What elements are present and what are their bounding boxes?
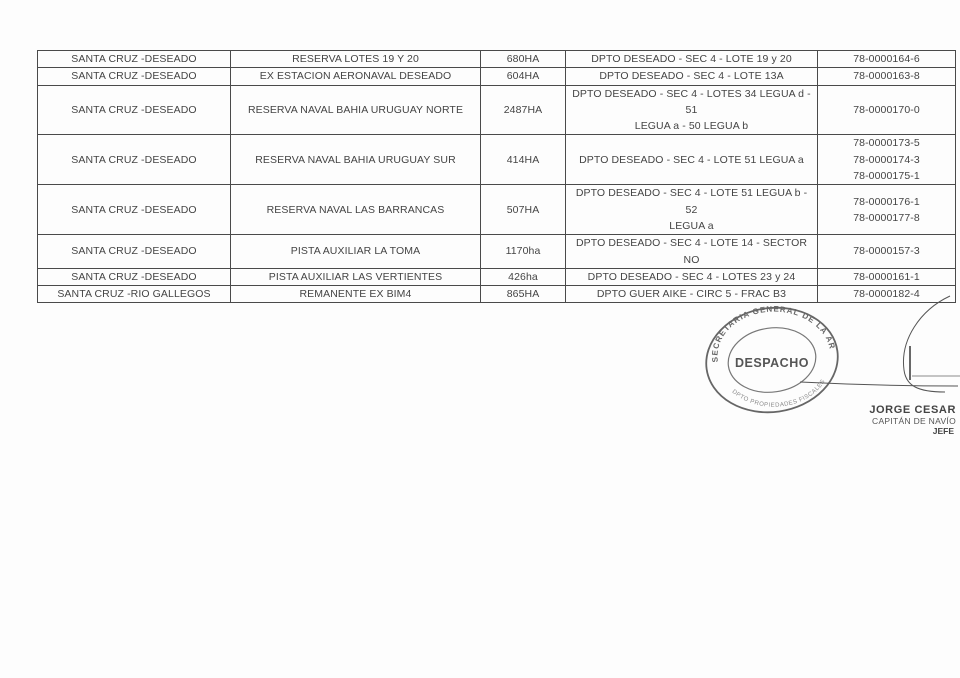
signature-block: JORGE CESAR CAPITÁN DE NAVÍO JEFE [860, 404, 956, 436]
location-cell: SANTA CRUZ -DESEADO [38, 85, 231, 135]
table-row: SANTA CRUZ -DESEADOEX ESTACION AERONAVAL… [38, 68, 956, 85]
description-line: LEGUA a [569, 218, 814, 234]
registry-number-cell: 78-0000173-578-0000174-378-0000175-1 [818, 135, 956, 185]
registry-number: 78-0000163-8 [821, 68, 952, 84]
area-cell: 414HA [481, 135, 566, 185]
cadastral-description-cell: DPTO DESEADO - SEC 4 - LOTE 14 - SECTOR … [566, 235, 818, 269]
area-cell: 1170ha [481, 235, 566, 269]
registry-number: 78-0000157-3 [821, 243, 952, 259]
description-line: DPTO DESEADO - SEC 4 - LOTE 13A [569, 68, 814, 84]
registry-number-cell: 78-0000157-3 [818, 235, 956, 269]
registry-number: 78-0000173-5 [821, 135, 952, 151]
location-cell: SANTA CRUZ -DESEADO [38, 68, 231, 85]
area-cell: 604HA [481, 68, 566, 85]
signer-rank: CAPITÁN DE NAVÍO [860, 416, 956, 426]
properties-table-body: SANTA CRUZ -DESEADORESERVA LOTES 19 Y 20… [38, 51, 956, 303]
property-name-cell: RESERVA NAVAL BAHIA URUGUAY SUR [231, 135, 481, 185]
registry-number: 78-0000164-6 [821, 51, 952, 67]
registry-number: 78-0000175-1 [821, 168, 952, 184]
location-cell: SANTA CRUZ -DESEADO [38, 268, 231, 285]
table-row: SANTA CRUZ -DESEADOPISTA AUXILIAR LAS VE… [38, 268, 956, 285]
signature-icon [800, 290, 960, 410]
registry-number-cell: 78-0000161-1 [818, 268, 956, 285]
area-cell: 426ha [481, 268, 566, 285]
registry-number: 78-0000176-1 [821, 194, 952, 210]
cadastral-description-cell: DPTO DESEADO - SEC 4 - LOTE 13A [566, 68, 818, 85]
properties-table: SANTA CRUZ -DESEADORESERVA LOTES 19 Y 20… [37, 50, 956, 303]
signer-name: JORGE CESAR [860, 404, 956, 416]
description-line: DPTO DESEADO - SEC 4 - LOTE 51 LEGUA b -… [569, 185, 814, 218]
location-cell: SANTA CRUZ -DESEADO [38, 135, 231, 185]
description-line: DPTO DESEADO - SEC 4 - LOTES 34 LEGUA d … [569, 86, 814, 119]
table-row: SANTA CRUZ -DESEADORESERVA NAVAL LAS BAR… [38, 185, 956, 235]
area-cell: 865HA [481, 286, 566, 303]
description-line: DPTO DESEADO - SEC 4 - LOTES 23 y 24 [569, 269, 814, 285]
table-row: SANTA CRUZ -DESEADORESERVA NAVAL BAHIA U… [38, 85, 956, 135]
area-cell: 507HA [481, 185, 566, 235]
cadastral-description-cell: DPTO DESEADO - SEC 4 - LOTE 19 y 20 [566, 51, 818, 68]
registry-number-cell: 78-0000164-6 [818, 51, 956, 68]
location-cell: SANTA CRUZ -RIO GALLEGOS [38, 286, 231, 303]
property-name-cell: PISTA AUXILIAR LAS VERTIENTES [231, 268, 481, 285]
registry-number: 78-0000174-3 [821, 152, 952, 168]
cadastral-description-cell: DPTO DESEADO - SEC 4 - LOTES 34 LEGUA d … [566, 85, 818, 135]
registry-number: 78-0000170-0 [821, 102, 952, 118]
cadastral-description-cell: DPTO DESEADO - SEC 4 - LOTE 51 LEGUA a [566, 135, 818, 185]
table-row: SANTA CRUZ -DESEADORESERVA NAVAL BAHIA U… [38, 135, 956, 185]
cadastral-description-cell: DPTO DESEADO - SEC 4 - LOTES 23 y 24 [566, 268, 818, 285]
registry-number: 78-0000177-8 [821, 210, 952, 226]
description-line: DPTO DESEADO - SEC 4 - LOTE 51 LEGUA a [569, 152, 814, 168]
registry-number-cell: 78-0000163-8 [818, 68, 956, 85]
location-cell: SANTA CRUZ -DESEADO [38, 185, 231, 235]
description-line: LEGUA a - 50 LEGUA b [569, 118, 814, 134]
area-cell: 2487HA [481, 85, 566, 135]
property-name-cell: REMANENTE EX BIM4 [231, 286, 481, 303]
property-name-cell: RESERVA LOTES 19 Y 20 [231, 51, 481, 68]
table-row: SANTA CRUZ -DESEADOPISTA AUXILIAR LA TOM… [38, 235, 956, 269]
area-cell: 680HA [481, 51, 566, 68]
registry-number-cell: 78-0000170-0 [818, 85, 956, 135]
property-name-cell: RESERVA NAVAL LAS BARRANCAS [231, 185, 481, 235]
cadastral-description-cell: DPTO DESEADO - SEC 4 - LOTE 51 LEGUA b -… [566, 185, 818, 235]
property-name-cell: EX ESTACION AERONAVAL DESEADO [231, 68, 481, 85]
location-cell: SANTA CRUZ -DESEADO [38, 235, 231, 269]
signer-title: JEFE [860, 426, 956, 436]
property-name-cell: RESERVA NAVAL BAHIA URUGUAY NORTE [231, 85, 481, 135]
registry-number-cell: 78-0000176-178-0000177-8 [818, 185, 956, 235]
location-cell: SANTA CRUZ -DESEADO [38, 51, 231, 68]
description-line: DPTO DESEADO - SEC 4 - LOTE 19 y 20 [569, 51, 814, 67]
property-name-cell: PISTA AUXILIAR LA TOMA [231, 235, 481, 269]
registry-number: 78-0000161-1 [821, 269, 952, 285]
description-line: DPTO DESEADO - SEC 4 - LOTE 14 - SECTOR … [569, 235, 814, 268]
table-row: SANTA CRUZ -DESEADORESERVA LOTES 19 Y 20… [38, 51, 956, 68]
